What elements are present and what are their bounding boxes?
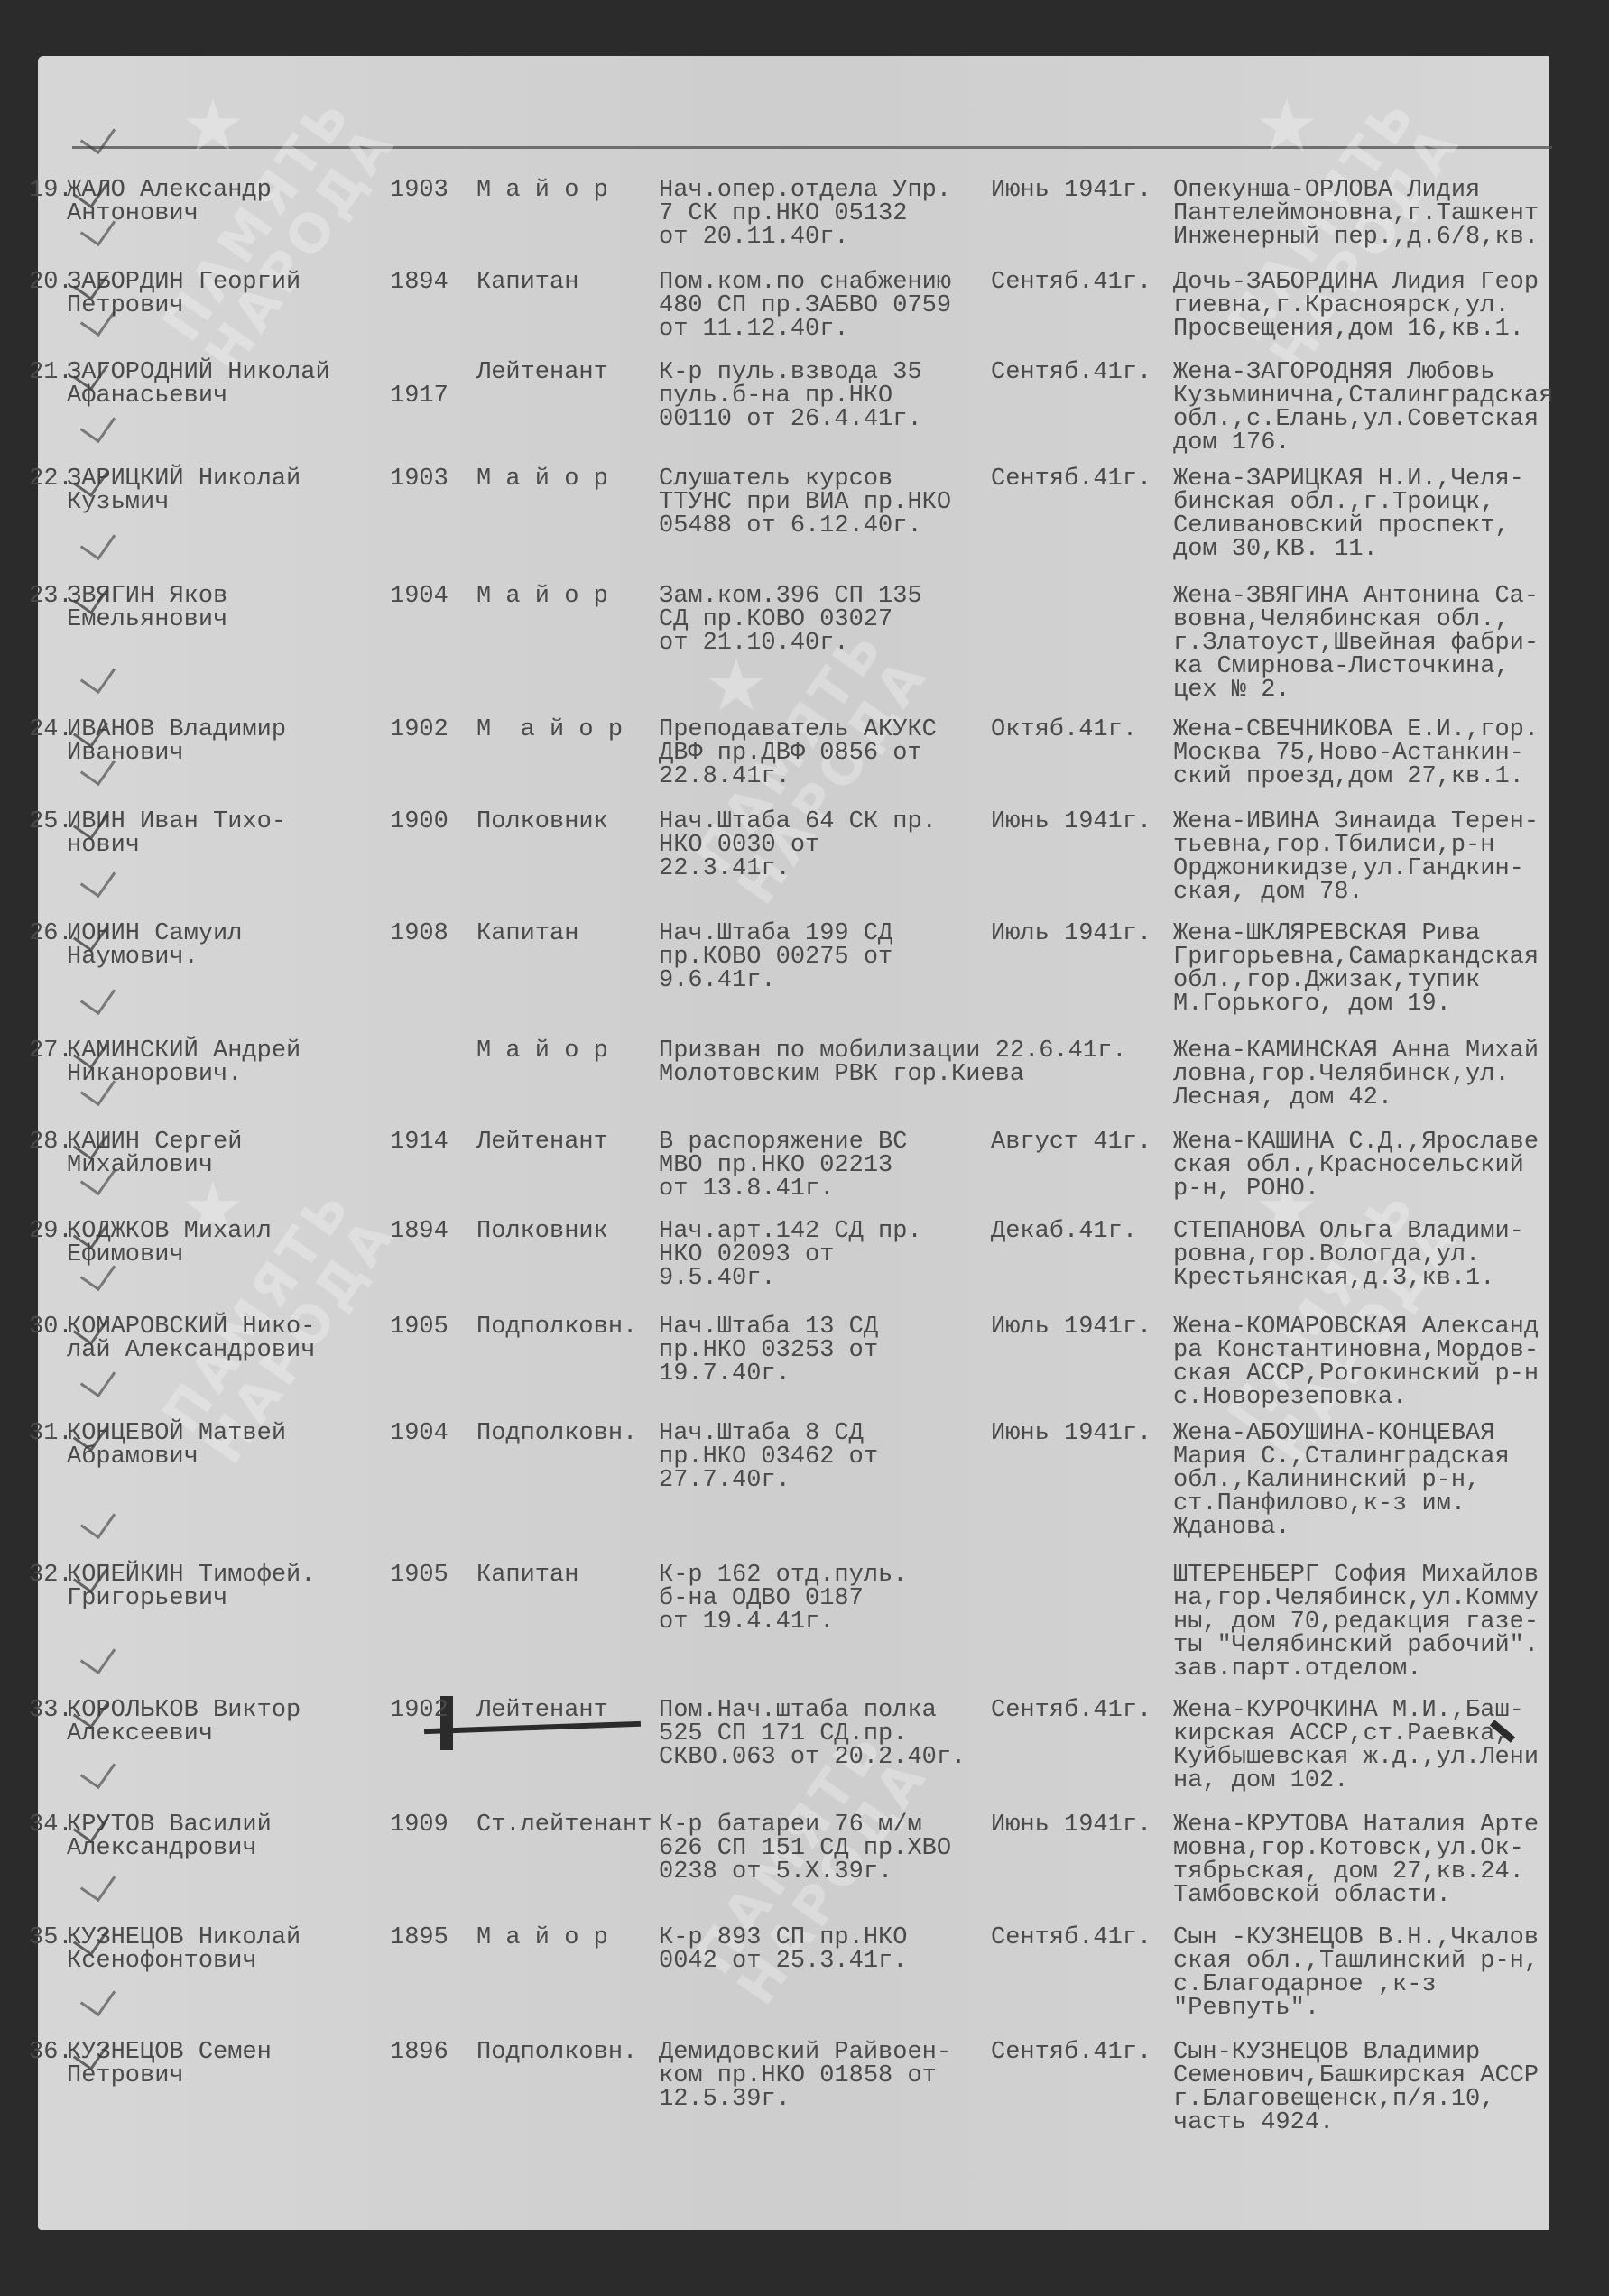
missing-date: Август 41г. bbox=[991, 1130, 1151, 1154]
military-rank: Полковник bbox=[476, 810, 608, 834]
position-order: Призван по мобилизации 22.6.41г. Молотов… bbox=[659, 1039, 1126, 1086]
position-order: Пом.Нач.штаба полка 525 СП 171 СД.пр. СК… bbox=[659, 1699, 966, 1769]
military-rank: Капитан bbox=[476, 922, 578, 945]
next-of-kin-address: Жена-АБОУШИНА-КОНЦЕВАЯ Мария С.,Сталингр… bbox=[1173, 1422, 1552, 1539]
missing-date: Декаб.41г. bbox=[991, 1220, 1137, 1243]
position-order: В распоряжение ВС МВО пр.НКО 02213 от 13… bbox=[659, 1130, 907, 1201]
birth-year: 1904 bbox=[390, 1422, 448, 1445]
birth-year: 1903 bbox=[390, 179, 448, 202]
missing-date: Сентяб.41г. bbox=[991, 1926, 1151, 1950]
missing-date: Июнь 1941г. bbox=[991, 810, 1151, 834]
next-of-kin-address: Дочь-ЗАБОРДИНА Лидия Геор гиевна,г.Красн… bbox=[1173, 271, 1552, 341]
birth-year: 1896 bbox=[390, 2041, 448, 2064]
military-rank: Капитан bbox=[476, 1563, 578, 1587]
birth-year: 1917 bbox=[390, 384, 448, 408]
military-rank: Полковник bbox=[476, 1220, 608, 1243]
missing-date: Сентяб.41г. bbox=[991, 467, 1151, 491]
birth-year: 1905 bbox=[390, 1563, 448, 1587]
military-rank: М а й о р bbox=[476, 718, 623, 742]
next-of-kin-address: СТЕПАНОВА Ольга Владими- ровна,гор.Волог… bbox=[1173, 1220, 1552, 1290]
missing-date: Июль 1941г. bbox=[991, 922, 1151, 945]
birth-year: 1900 bbox=[390, 810, 448, 834]
next-of-kin-address: Жена-ЗАГОРОДНЯЯ Любовь Кузьминична,Стали… bbox=[1173, 361, 1552, 455]
position-order: Нач.Штаба 8 СД пр.НКО 03462 от 27.7.40г. bbox=[659, 1422, 878, 1492]
star-icon: ★ bbox=[180, 90, 253, 162]
military-rank: М а й о р bbox=[476, 467, 608, 491]
birth-year: 1905 bbox=[390, 1315, 448, 1339]
next-of-kin-address: Сын-КУЗНЕЦОВ Владимир Семенович,Башкирск… bbox=[1173, 2041, 1552, 2135]
position-order: Нач.Штаба 199 СД пр.КОВО 00275 от 9.6.41… bbox=[659, 922, 892, 992]
position-order: Преподаватель АКУКС ДВФ пр.ДВФ 0856 от 2… bbox=[659, 718, 937, 788]
military-rank: Лейтенант bbox=[476, 1699, 608, 1722]
military-rank: Капитан bbox=[476, 271, 578, 294]
missing-date: Октяб.41г. bbox=[991, 718, 1137, 742]
position-order: Демидовский Райвоен- ком пр.НКО 01858 от… bbox=[659, 2041, 951, 2111]
next-of-kin-address: Опекунша-ОРЛОВА Лидия Пантелеймоновна,г.… bbox=[1173, 179, 1552, 249]
position-order: Нач.арт.142 СД пр. НКО 02093 от 9.5.40г. bbox=[659, 1220, 922, 1290]
position-order: К-р 162 отд.пуль. б-на ОДВО 0187 от 19.4… bbox=[659, 1563, 907, 1634]
military-rank: М а й о р bbox=[476, 1039, 608, 1063]
military-rank: Лейтенант bbox=[476, 1130, 608, 1154]
birth-year: 1903 bbox=[390, 467, 448, 491]
star-icon: ★ bbox=[1254, 90, 1327, 162]
next-of-kin-address: Жена-ЗАРИЦКАЯ Н.И.,Челя- бинская обл.,г.… bbox=[1173, 467, 1552, 561]
next-of-kin-address: Жена-КАШИНА С.Д.,Ярославе ская обл.,Крас… bbox=[1173, 1130, 1552, 1201]
next-of-kin-address: Жена-СВЕЧНИКОВА Е.И.,гор. Москва 75,Ново… bbox=[1173, 718, 1552, 788]
missing-date: Сентяб.41г. bbox=[991, 2041, 1151, 2064]
birth-year: 1909 bbox=[390, 1813, 448, 1837]
missing-date: Сентяб.41г. bbox=[991, 1699, 1151, 1722]
military-rank: Подполковн. bbox=[476, 2041, 637, 2064]
position-order: Зам.ком.396 СП 135 СД пр.КОВО 03027 от 2… bbox=[659, 585, 922, 655]
missing-date: Июнь 1941г. bbox=[991, 179, 1151, 202]
position-order: К-р батареи 76 м/м 626 СП 151 СД пр.ХВО … bbox=[659, 1813, 951, 1884]
next-of-kin-address: Жена-ШКЛЯРЕВСКАЯ Рива Григорьевна,Самарк… bbox=[1173, 922, 1552, 1016]
missing-date: Сентяб.41г. bbox=[991, 361, 1151, 384]
missing-date: Июнь 1941г. bbox=[991, 1813, 1151, 1837]
military-rank: Подполковн. bbox=[476, 1422, 637, 1445]
missing-date: Июль 1941г. bbox=[991, 1315, 1151, 1339]
next-of-kin-address: Жена-ИВИНА Зинаида Терен- тьевна,гор.Тби… bbox=[1173, 810, 1552, 904]
next-of-kin-address: ШТЕРЕНБЕРГ София Михайлов на,гор.Челябин… bbox=[1173, 1563, 1552, 1681]
military-rank: Лейтенант bbox=[476, 361, 608, 384]
next-of-kin-address: Сын -КУЗНЕЦОВ В.Н.,Чкалов ская обл.,Ташл… bbox=[1173, 1926, 1552, 2020]
position-order: К-р 893 СП пр.НКО 0042 от 25.3.41г. bbox=[659, 1926, 907, 1973]
next-of-kin-address: Жена-КАМИНСКАЯ Анна Михай ловна,гор.Челя… bbox=[1173, 1039, 1552, 1110]
military-rank: Ст.лейтенант bbox=[476, 1813, 652, 1837]
position-order: Слушатель курсов ТТУНС при ВИА пр.НКО 05… bbox=[659, 467, 951, 538]
birth-year: 1914 bbox=[390, 1130, 448, 1154]
birth-year: 1894 bbox=[390, 271, 448, 294]
position-order: Нач.опер.отдела Упр. 7 СК пр.НКО 05132 о… bbox=[659, 179, 951, 249]
birth-year: 1908 bbox=[390, 922, 448, 945]
birth-year: 1894 bbox=[390, 1220, 448, 1243]
military-rank: М а й о р bbox=[476, 585, 608, 608]
birth-year: 1895 bbox=[390, 1926, 448, 1950]
birth-year: 1902 bbox=[390, 1699, 448, 1722]
star-icon: ★ bbox=[704, 650, 776, 722]
next-of-kin-address: Жена-КОМАРОВСКАЯ Александ ра Константино… bbox=[1173, 1315, 1552, 1409]
next-of-kin-address: Жена-КУРОЧКИНА М.И.,Баш- кирская АССР,ст… bbox=[1173, 1699, 1552, 1793]
military-rank: Подполковн. bbox=[476, 1315, 637, 1339]
position-order: К-р пуль.взвода 35 пуль.б-на пр.НКО 0011… bbox=[659, 361, 922, 431]
position-order: Пом.ком.по снабжению 480 СП пр.ЗАБВО 075… bbox=[659, 271, 951, 341]
next-of-kin-address: Жена-КРУТОВА Наталия Арте мовна,гор.Кото… bbox=[1173, 1813, 1552, 1907]
missing-date: Сентяб.41г. bbox=[991, 271, 1151, 294]
military-rank: М а й о р bbox=[476, 1926, 608, 1950]
position-order: Нач.Штаба 13 СД пр.НКО 03253 от 19.7.40г… bbox=[659, 1315, 878, 1386]
next-of-kin-address: Жена-ЗВЯГИНА Антонина Са- вовна,Челябинс… bbox=[1173, 585, 1552, 702]
position-order: Нач.Штаба 64 СК пр. НКО 0030 от 22.3.41г… bbox=[659, 810, 937, 881]
birth-year: 1902 bbox=[390, 718, 448, 742]
military-rank: М а й о р bbox=[476, 179, 608, 202]
missing-date: Июнь 1941г. bbox=[991, 1422, 1151, 1445]
birth-year: 1904 bbox=[390, 585, 448, 608]
